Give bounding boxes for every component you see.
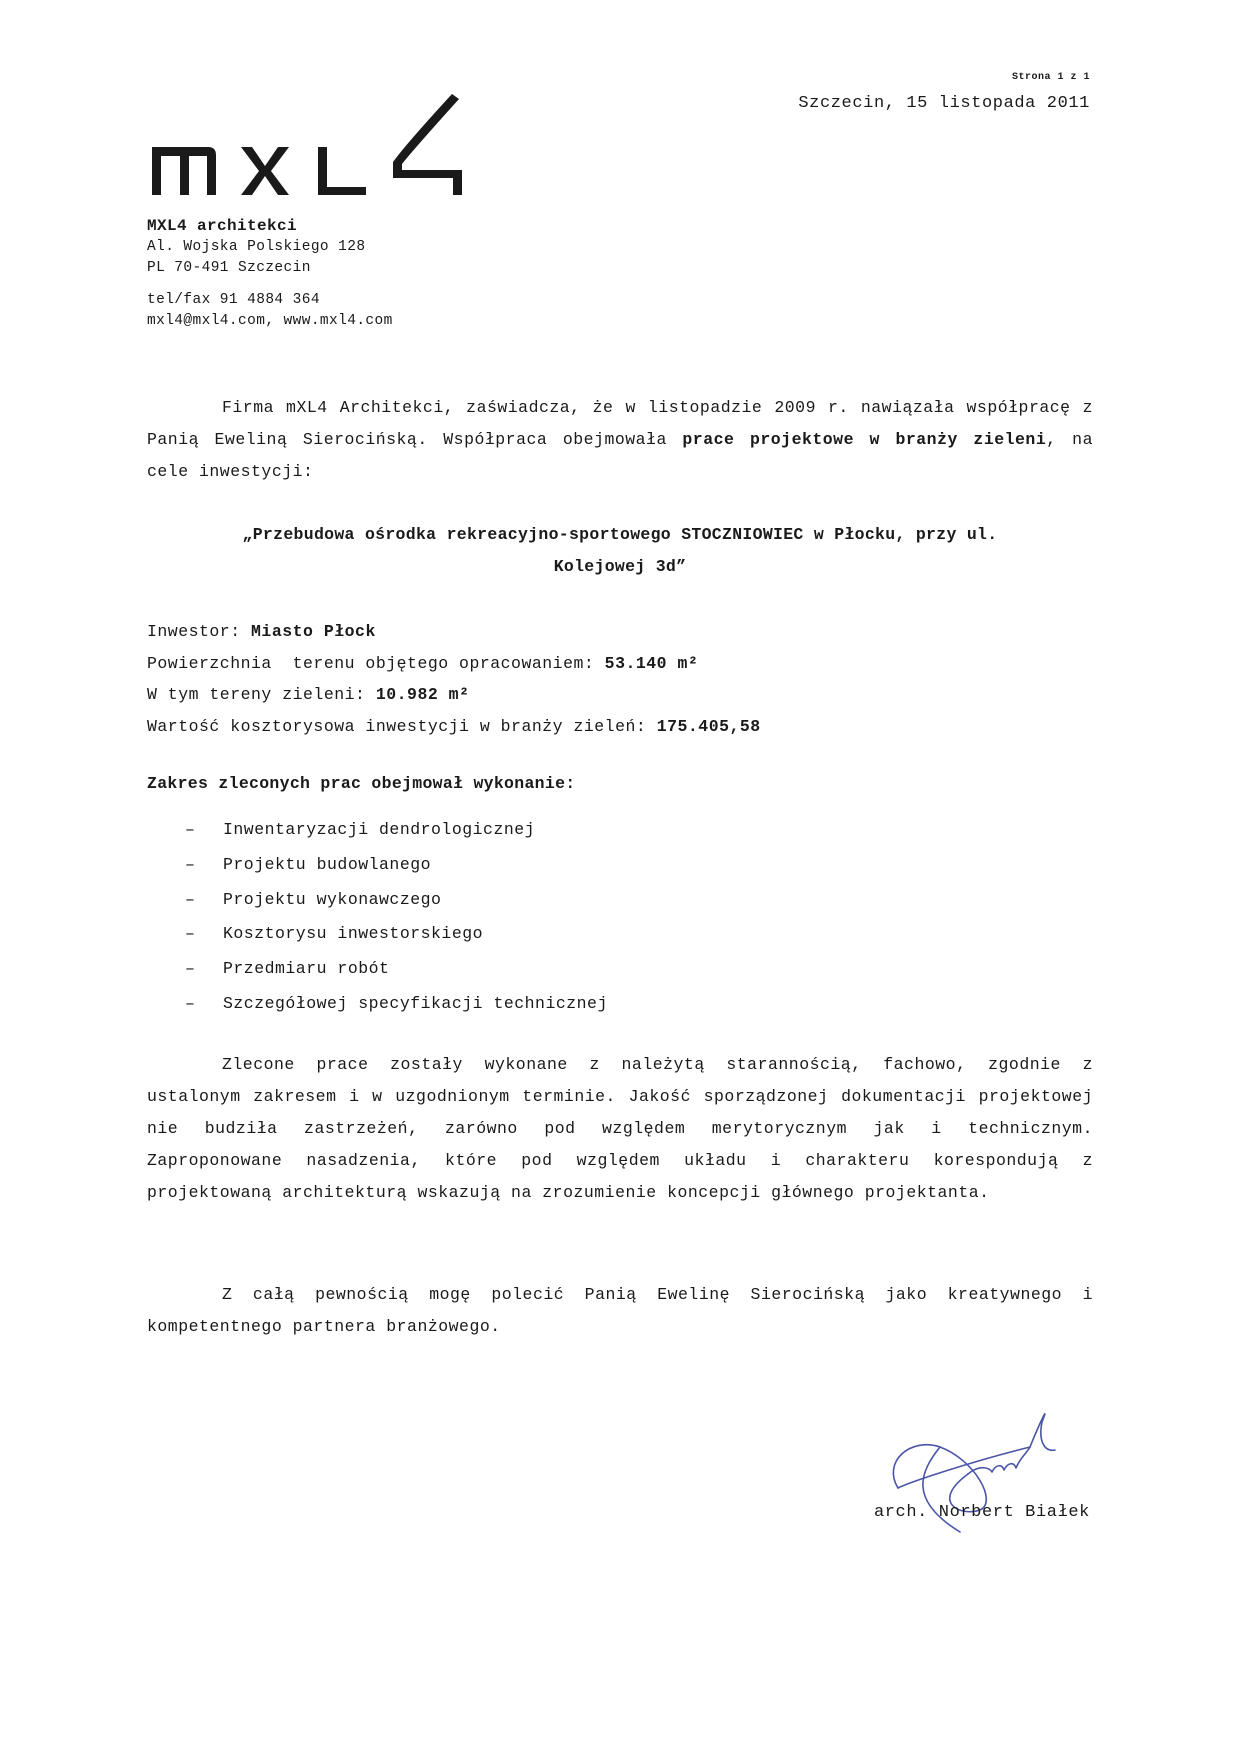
list-item-text: Szczegółowej specyfikacji technicznej [223, 987, 608, 1022]
city-address: PL 70-491 Szczecin [147, 258, 393, 279]
fact-value: Miasto Płock [251, 622, 376, 641]
dash-bullet-icon: – [185, 813, 223, 848]
list-item-text: Kosztorysu inwestorskiego [223, 917, 483, 952]
list-item-text: Projektu wykonawczego [223, 883, 441, 918]
scope-list: –Inwentaryzacji dendrologicznej –Projekt… [185, 813, 608, 1022]
list-item: –Projektu wykonawczego [185, 883, 608, 918]
fact-cost: Wartość kosztorysowa inwestycji w branży… [147, 711, 761, 743]
page-counter: Strona 1 z 1 [1012, 72, 1090, 83]
sender-address: MXL4 architekci Al. Wojska Polskiego 128… [147, 216, 393, 332]
company-name: MXL4 architekci [147, 216, 393, 237]
dash-bullet-icon: – [185, 952, 223, 987]
list-item-text: Inwentaryzacji dendrologicznej [223, 813, 535, 848]
list-item-text: Przedmiaru robót [223, 952, 389, 987]
recommendation-paragraph: Z całą pewnością mogę polecić Panią Ewel… [147, 1279, 1093, 1343]
fact-label: Powierzchnia terenu objętego opracowanie… [147, 654, 605, 673]
list-item-text: Projektu budowlanego [223, 848, 431, 883]
email-website: mxl4@mxl4.com, www.mxl4.com [147, 311, 393, 332]
fact-label: Wartość kosztorysowa inwestycji w branży… [147, 717, 657, 736]
phone-fax: tel/fax 91 4884 364 [147, 290, 393, 311]
list-item: –Przedmiaru robót [185, 952, 608, 987]
project-title-line-1: „Przebudowa ośrodka rekreacyjno-sportowe… [147, 519, 1093, 551]
intro-bold-scope: prace projektowe w branży zieleni [682, 430, 1046, 449]
fact-value: 10.982 m² [376, 685, 470, 704]
fact-green-area: W tym tereny zieleni: 10.982 m² [147, 679, 761, 711]
assessment-paragraph: Zlecone prace zostały wykonane z należyt… [147, 1049, 1093, 1209]
list-item: –Projektu budowlanego [185, 848, 608, 883]
mxl4-logo-icon [150, 92, 480, 202]
fact-value: 175.405,58 [657, 717, 761, 736]
fact-label: Inwestor: [147, 622, 251, 641]
dash-bullet-icon: – [185, 848, 223, 883]
dash-bullet-icon: – [185, 883, 223, 918]
list-item: –Inwentaryzacji dendrologicznej [185, 813, 608, 848]
fact-area: Powierzchnia terenu objętego opracowanie… [147, 648, 761, 680]
fact-value: 53.140 m² [605, 654, 699, 673]
project-facts: Inwestor: Miasto Płock Powierzchnia tere… [147, 616, 761, 742]
list-item: –Szczegółowej specyfikacji technicznej [185, 987, 608, 1022]
street-address: Al. Wojska Polskiego 128 [147, 237, 393, 258]
dash-bullet-icon: – [185, 917, 223, 952]
fact-investor: Inwestor: Miasto Płock [147, 616, 761, 648]
project-title-line-2: Kolejowej 3d” [147, 551, 1093, 583]
fact-label: W tym tereny zieleni: [147, 685, 376, 704]
project-title: „Przebudowa ośrodka rekreacyjno-sportowe… [147, 519, 1093, 583]
dash-bullet-icon: – [185, 987, 223, 1022]
signer-name: arch. Norbert Białek [874, 1503, 1090, 1522]
intro-paragraph: Firma mXL4 Architekci, zaświadcza, że w … [147, 392, 1093, 488]
scope-heading: Zakres zleconych prac obejmował wykonani… [147, 774, 575, 793]
list-item: –Kosztorysu inwestorskiego [185, 917, 608, 952]
place-and-date: Szczecin, 15 listopada 2011 [798, 94, 1090, 113]
